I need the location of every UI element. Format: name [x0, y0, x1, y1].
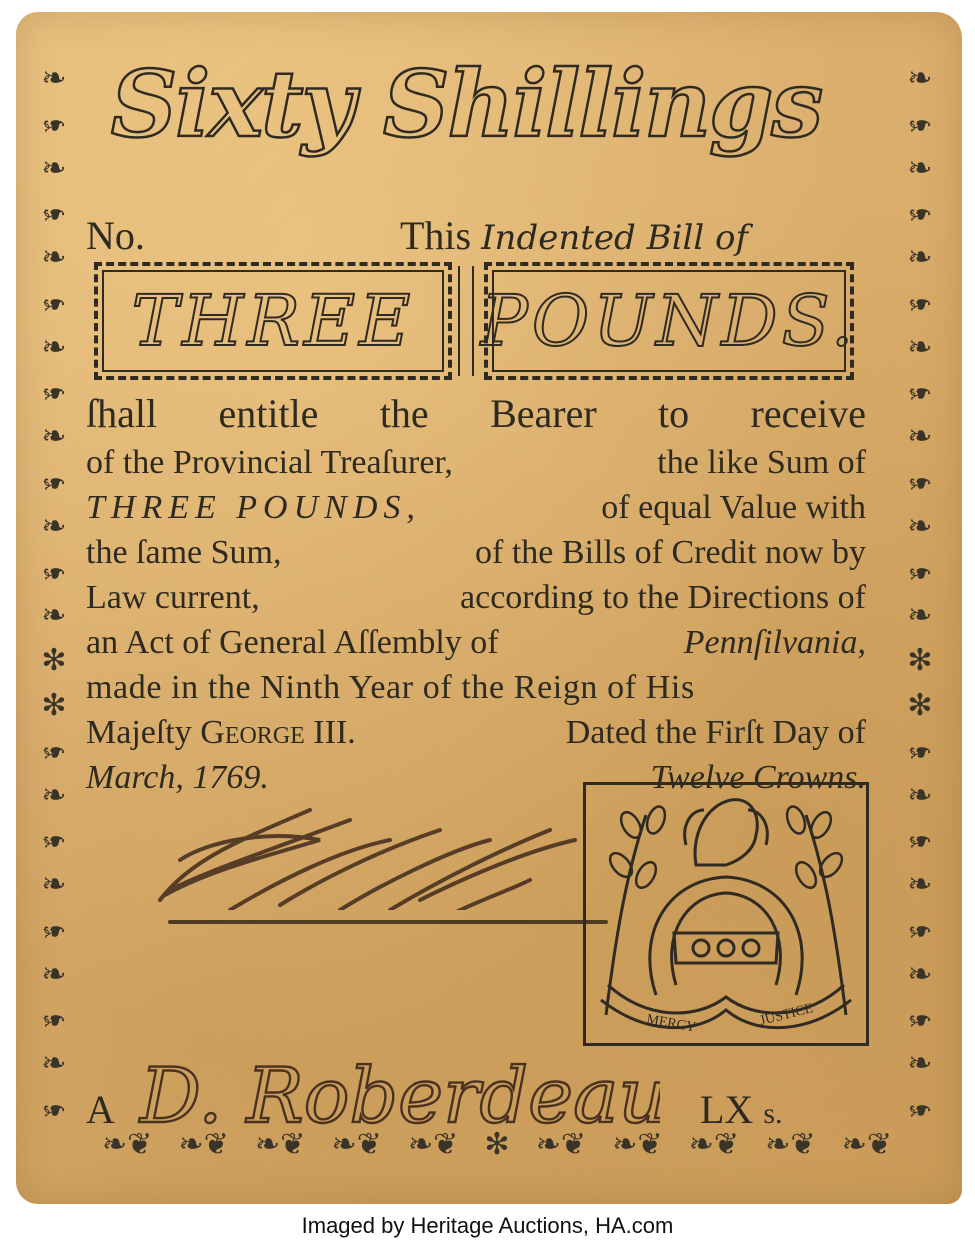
body-text-majesty: Majeſty George III. — [86, 710, 356, 755]
signature-bottom-text: D. Roberdeau — [138, 1051, 660, 1140]
body-line-3: THREE POUNDS, of equal Value with — [86, 485, 866, 530]
scroll-ornament-icon: ❧ — [907, 198, 932, 228]
scroll-ornament-icon: ❧ — [41, 915, 66, 945]
right-border-ornaments: ❧❧❧❧❧❧❧❧❧❧❧❧❧✻✻❧❧❧❧❧❧❧❧❧ — [900, 64, 940, 1124]
scroll-ornament-icon: ❧ — [907, 288, 932, 318]
amount-word-pounds: POUNDS. — [481, 280, 858, 362]
scroll-ornament-icon: ❧ — [907, 960, 932, 990]
scroll-ornament-icon: ❧ — [41, 825, 66, 855]
amount-box-pounds: POUNDS. — [484, 262, 854, 380]
body-text-part: of the Provincial Treaſurer, — [86, 440, 453, 485]
scroll-ornament-icon: ❧ — [41, 1004, 66, 1034]
scroll-ornament-icon: ❧ — [907, 736, 932, 766]
scroll-ornament-icon: ❧ — [41, 377, 66, 407]
scroll-ornament-icon: ❧ — [41, 960, 66, 990]
note-body-text: ſhall entitle the Bearer to receive of t… — [86, 388, 866, 800]
scroll-ornament-icon: ❧ — [907, 243, 932, 273]
scroll-ornament-icon: ❧ — [907, 109, 932, 139]
signature-top — [150, 800, 580, 910]
body-text-part: of equal Value with — [601, 485, 866, 530]
scroll-ornament-icon: ❧❦ — [842, 1127, 892, 1162]
body-text-part: Law current, — [86, 575, 260, 620]
amount-word-three: THREE — [132, 280, 415, 362]
signature-bottom: D. Roberdeau — [120, 1030, 660, 1140]
coat-of-arms-seal: MERCY JUSTICE — [583, 782, 869, 1046]
scroll-ornament-icon: ❧ — [41, 870, 66, 900]
scroll-ornament-icon: ❧ — [41, 154, 66, 184]
body-text-part: an Act of General Aſſembly of — [86, 620, 499, 665]
body-text-part: made in the Ninth Year of the Reign of H… — [86, 665, 695, 710]
serial-number-label: No. — [86, 212, 145, 259]
note-title: Sixty Shillings — [86, 58, 846, 150]
body-line-2: of the Provincial Treaſurer, the like Su… — [86, 440, 866, 485]
body-line-5: Law current, according to the Directions… — [86, 575, 866, 620]
scroll-ornament-icon: ❧ — [907, 915, 932, 945]
body-text-date: March, 1769. — [86, 755, 269, 800]
series-letter: A — [86, 1086, 115, 1133]
signature-scrawl-icon — [150, 800, 580, 910]
body-line-8: Majeſty George III. Dated the Firſt Day … — [86, 710, 866, 755]
signature-roberdeau-icon: D. Roberdeau — [120, 1030, 660, 1140]
amount-box-three: THREE — [94, 262, 452, 380]
scroll-ornament-icon: ❧ — [41, 467, 66, 497]
left-border-ornaments: ❧❧❧❧❧❧❧❧❧❧❧❧❧✻✻❧❧❧❧❧❧❧❧❧ — [34, 64, 74, 1124]
scroll-ornament-icon: ❧ — [907, 467, 932, 497]
scroll-ornament-icon: ❧ — [907, 333, 932, 363]
body-text-part: to — [658, 388, 689, 440]
body-text-part: Bearer — [490, 388, 597, 440]
denomination-suffix: s. — [763, 1097, 782, 1130]
scroll-ornament-icon: ❧ — [907, 512, 932, 542]
body-text-part: the like Sum of — [657, 440, 866, 485]
body-line-7: made in the Ninth Year of the Reign of H… — [86, 665, 866, 710]
star-ornament-icon: ✻ — [41, 646, 66, 676]
body-line-6: an Act of General Aſſembly of Pennſilvan… — [86, 620, 866, 665]
body-line-4: the ſame Sum, of the Bills of Credit now… — [86, 530, 866, 575]
denomination-roman: LX — [700, 1087, 753, 1132]
scroll-ornament-icon: ❧ — [907, 422, 932, 452]
scroll-ornament-icon: ❧ — [907, 825, 932, 855]
denomination-label: LX s. — [700, 1086, 783, 1133]
body-text-part: the — [380, 388, 429, 440]
scroll-ornament-icon: ❧ — [41, 109, 66, 139]
scroll-ornament-icon: ❧ — [41, 422, 66, 452]
body-text-king: George III. — [200, 714, 356, 751]
scroll-ornament-icon: ❧ — [907, 64, 932, 94]
scroll-ornament-icon: ❧ — [907, 154, 932, 184]
scroll-ornament-icon: ❧ — [41, 333, 66, 363]
intro-this: This — [400, 213, 471, 258]
body-line-1: ſhall entitle the Bearer to receive — [86, 388, 866, 440]
scroll-ornament-icon: ❧ — [41, 1049, 66, 1079]
body-text-part: Majeſty — [86, 714, 192, 751]
bill-intro-text: This Indented Bill of — [400, 212, 748, 259]
scroll-ornament-icon: ❧ — [41, 736, 66, 766]
scroll-ornament-icon: ❧ — [41, 243, 66, 273]
intro-indented-bill: Indented Bill of — [481, 218, 748, 258]
scroll-ornament-icon: ❧ — [907, 1004, 932, 1034]
scroll-ornament-icon: ❧ — [41, 781, 66, 811]
body-text-part: entitle — [218, 388, 318, 440]
scroll-ornament-icon: ❧ — [41, 601, 66, 631]
scroll-ornament-icon: ❧ — [41, 64, 66, 94]
scroll-ornament-icon: ❧ — [907, 601, 932, 631]
body-text-part: ſhall — [86, 388, 157, 440]
image-credit: Imaged by Heritage Auctions, HA.com — [0, 1213, 975, 1239]
scroll-ornament-icon: ❧ — [41, 1094, 66, 1124]
body-text-part: the ſame Sum, — [86, 530, 281, 575]
star-ornament-icon: ✻ — [41, 691, 66, 721]
scroll-ornament-icon: ❧ — [41, 198, 66, 228]
body-text-part: Dated the Firſt Day of — [566, 710, 866, 755]
coat-of-arms-icon: MERCY JUSTICE — [586, 785, 866, 1043]
scroll-ornament-icon: ❧ — [41, 288, 66, 318]
body-text-part: according to the Directions of — [460, 575, 866, 620]
scroll-ornament-icon: ❧ — [41, 512, 66, 542]
body-text-part: receive — [751, 388, 866, 440]
body-text-amount: THREE POUNDS, — [86, 485, 421, 530]
scroll-ornament-icon: ❧ — [907, 1094, 932, 1124]
star-ornament-icon: ✻ — [907, 646, 932, 676]
body-text-part: of the Bills of Credit now by — [475, 530, 866, 575]
amount-divider — [458, 266, 474, 376]
scroll-ornament-icon: ❧ — [907, 557, 932, 587]
body-text-province: Pennſilvania, — [684, 620, 866, 665]
scroll-ornament-icon: ❧ — [907, 870, 932, 900]
scroll-ornament-icon: ❧ — [907, 781, 932, 811]
scroll-ornament-icon: ❧ — [907, 1049, 932, 1079]
scroll-ornament-icon: ❧ — [41, 557, 66, 587]
signature-underline — [168, 920, 608, 924]
scroll-ornament-icon: ❧ — [907, 377, 932, 407]
star-ornament-icon: ✻ — [907, 691, 932, 721]
